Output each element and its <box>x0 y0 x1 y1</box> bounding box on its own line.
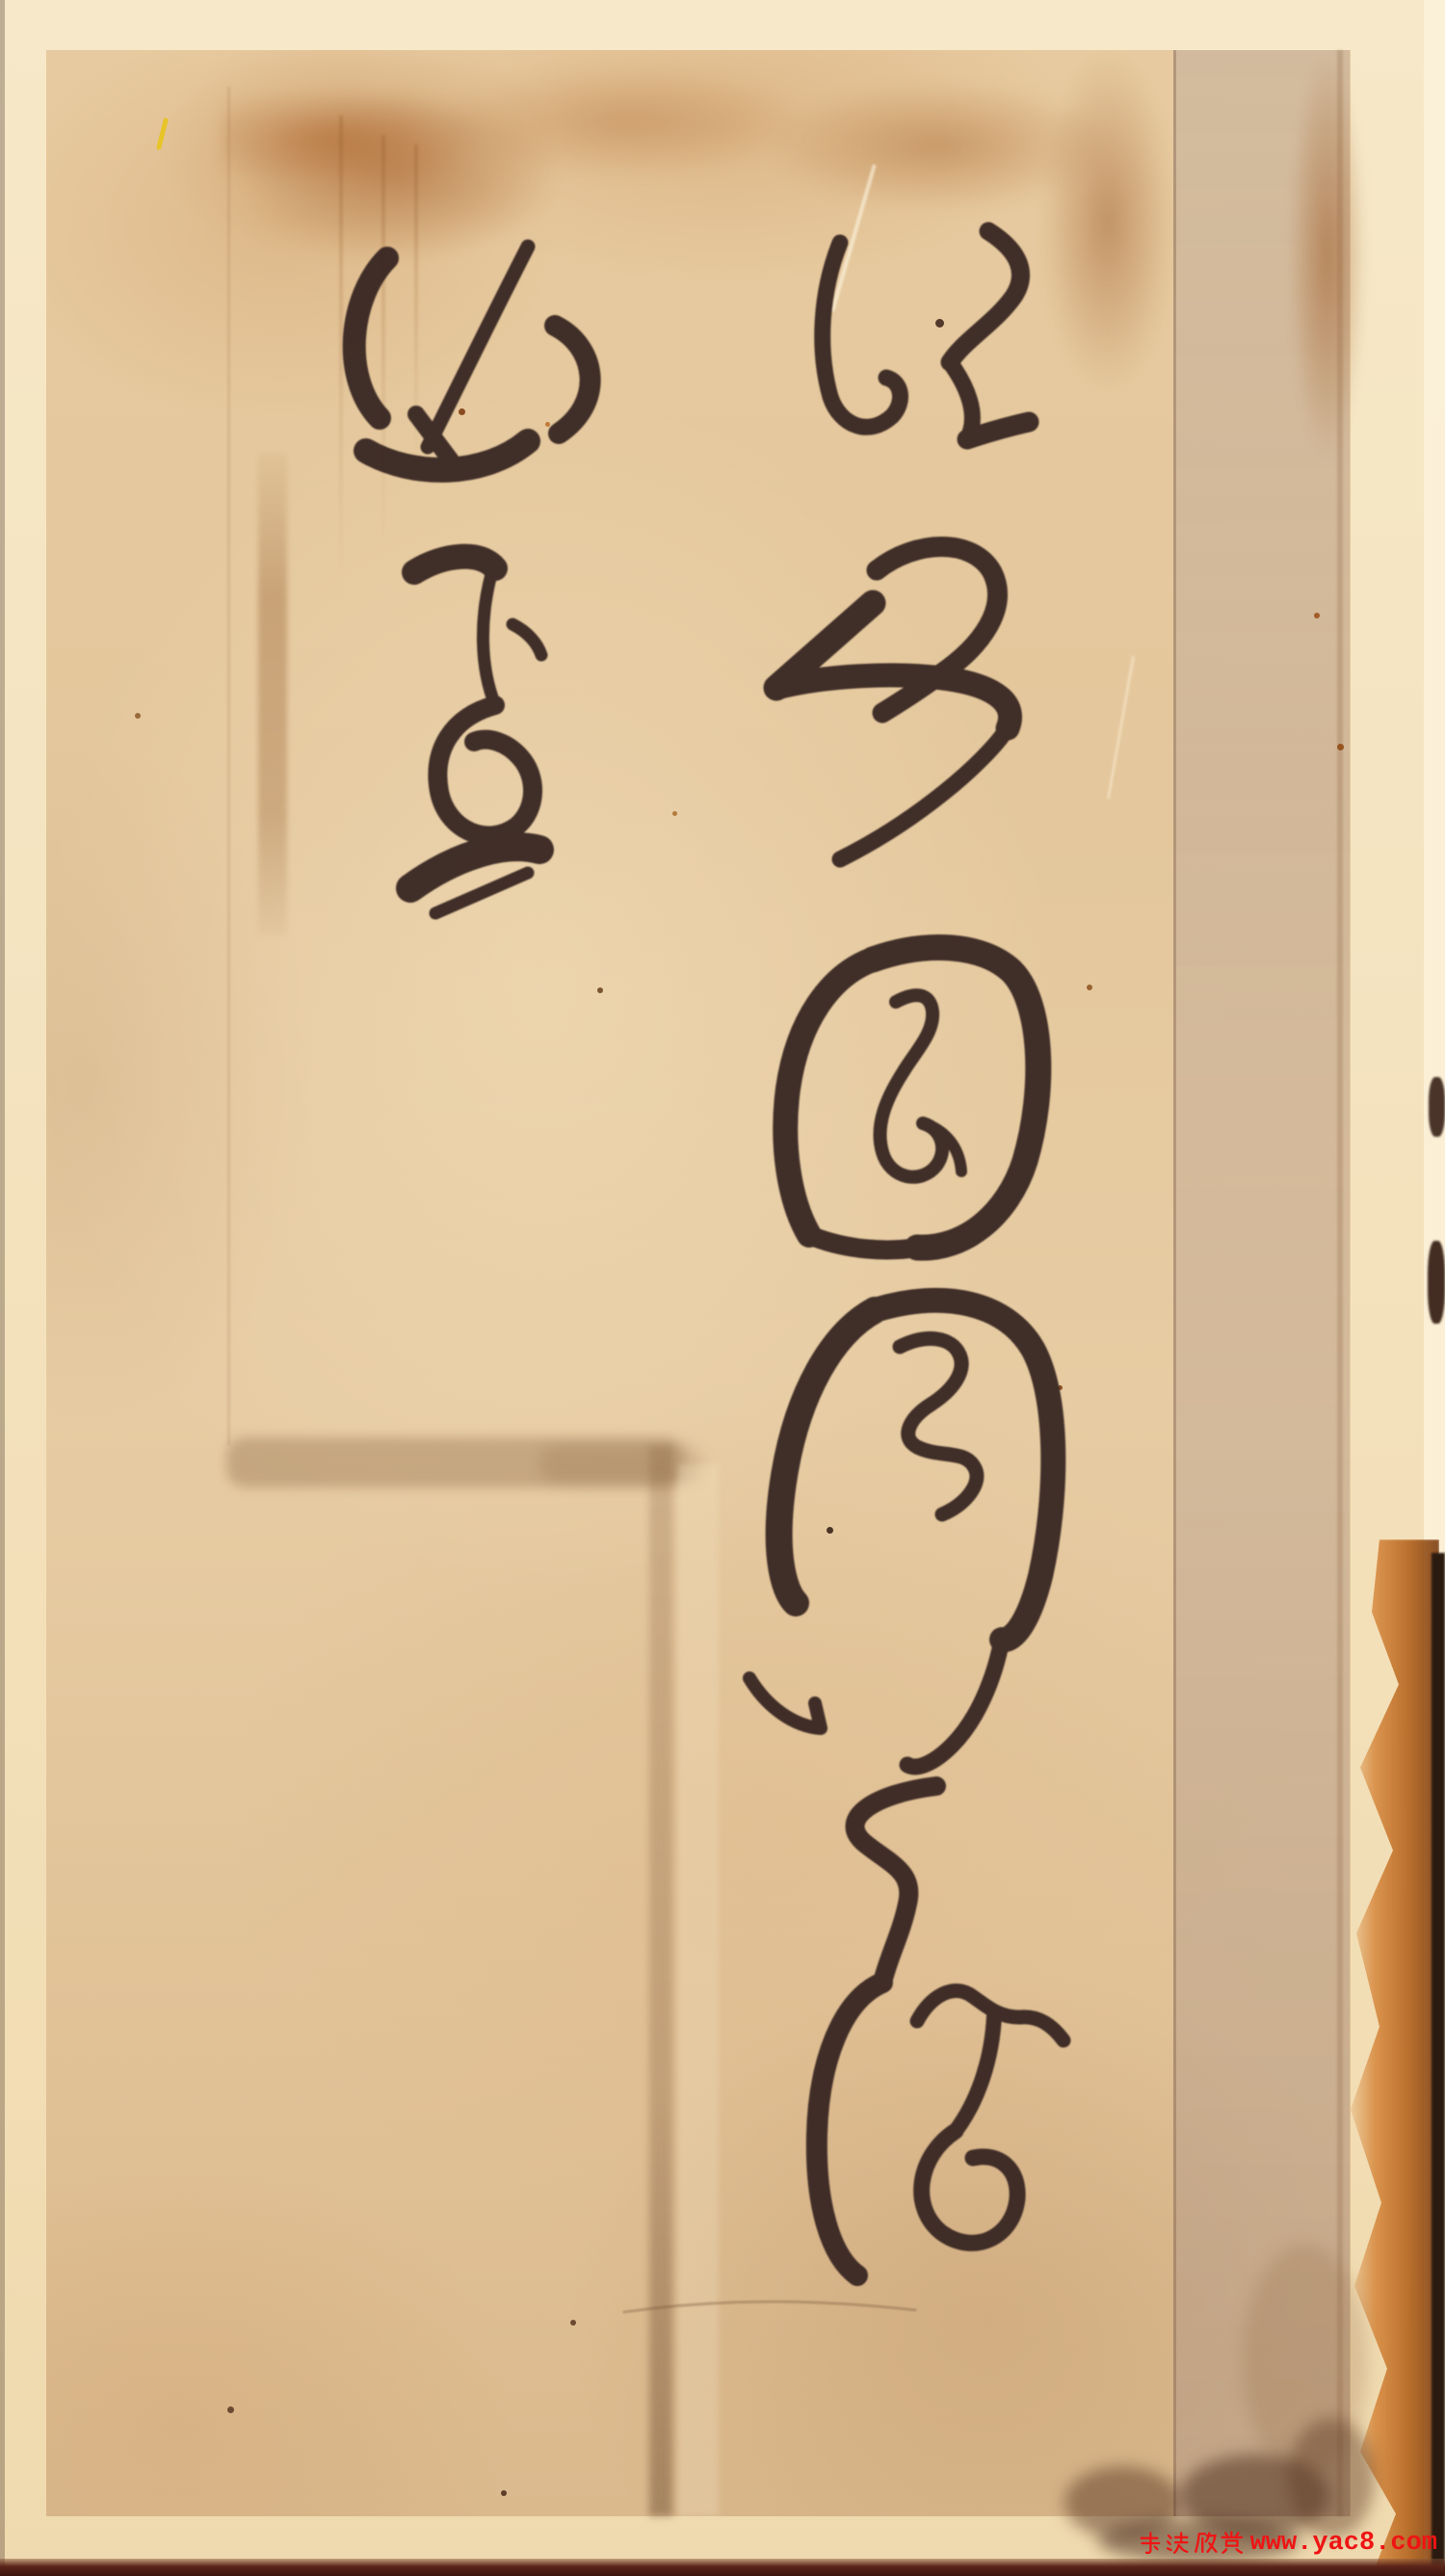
main-col-glyph-5 <box>817 1786 1064 2275</box>
main-col-glyph-1 <box>823 231 1029 439</box>
watermark: www.yac8.com <box>1139 2526 1437 2561</box>
left-col-glyph-2 <box>410 557 541 913</box>
watermark-cjk-char-2 <box>1168 2533 1187 2552</box>
edge-dark-mark <box>1428 1241 1445 1324</box>
faint-pencil-line <box>624 2301 915 2312</box>
calligraphy-artwork <box>0 0 1445 2576</box>
watermark-cjk-glyphs <box>1139 2529 1245 2558</box>
edge-dark-mark <box>1429 1077 1445 1137</box>
main-col-glyph-4 <box>749 1301 1053 1767</box>
calligraphy-scan-photo: www.yac8.com <box>0 0 1445 2576</box>
main-col-glyph-2 <box>776 547 1011 860</box>
watermark-cjk-char-4 <box>1222 2533 1242 2553</box>
stain-blotch <box>1288 2418 1375 2538</box>
dark-right-edge <box>1432 1553 1445 2576</box>
watermark-url: www.yac8.com <box>1250 2531 1437 2557</box>
left-col-glyph-1 <box>355 247 591 470</box>
watermark-cjk-char-3 <box>1195 2533 1216 2551</box>
photo-bottom-edge <box>0 2559 1445 2576</box>
photo-left-edge <box>0 0 5 2576</box>
main-col-glyph-3 <box>785 948 1038 1250</box>
watermark-cjk-char-1 <box>1142 2533 1160 2552</box>
